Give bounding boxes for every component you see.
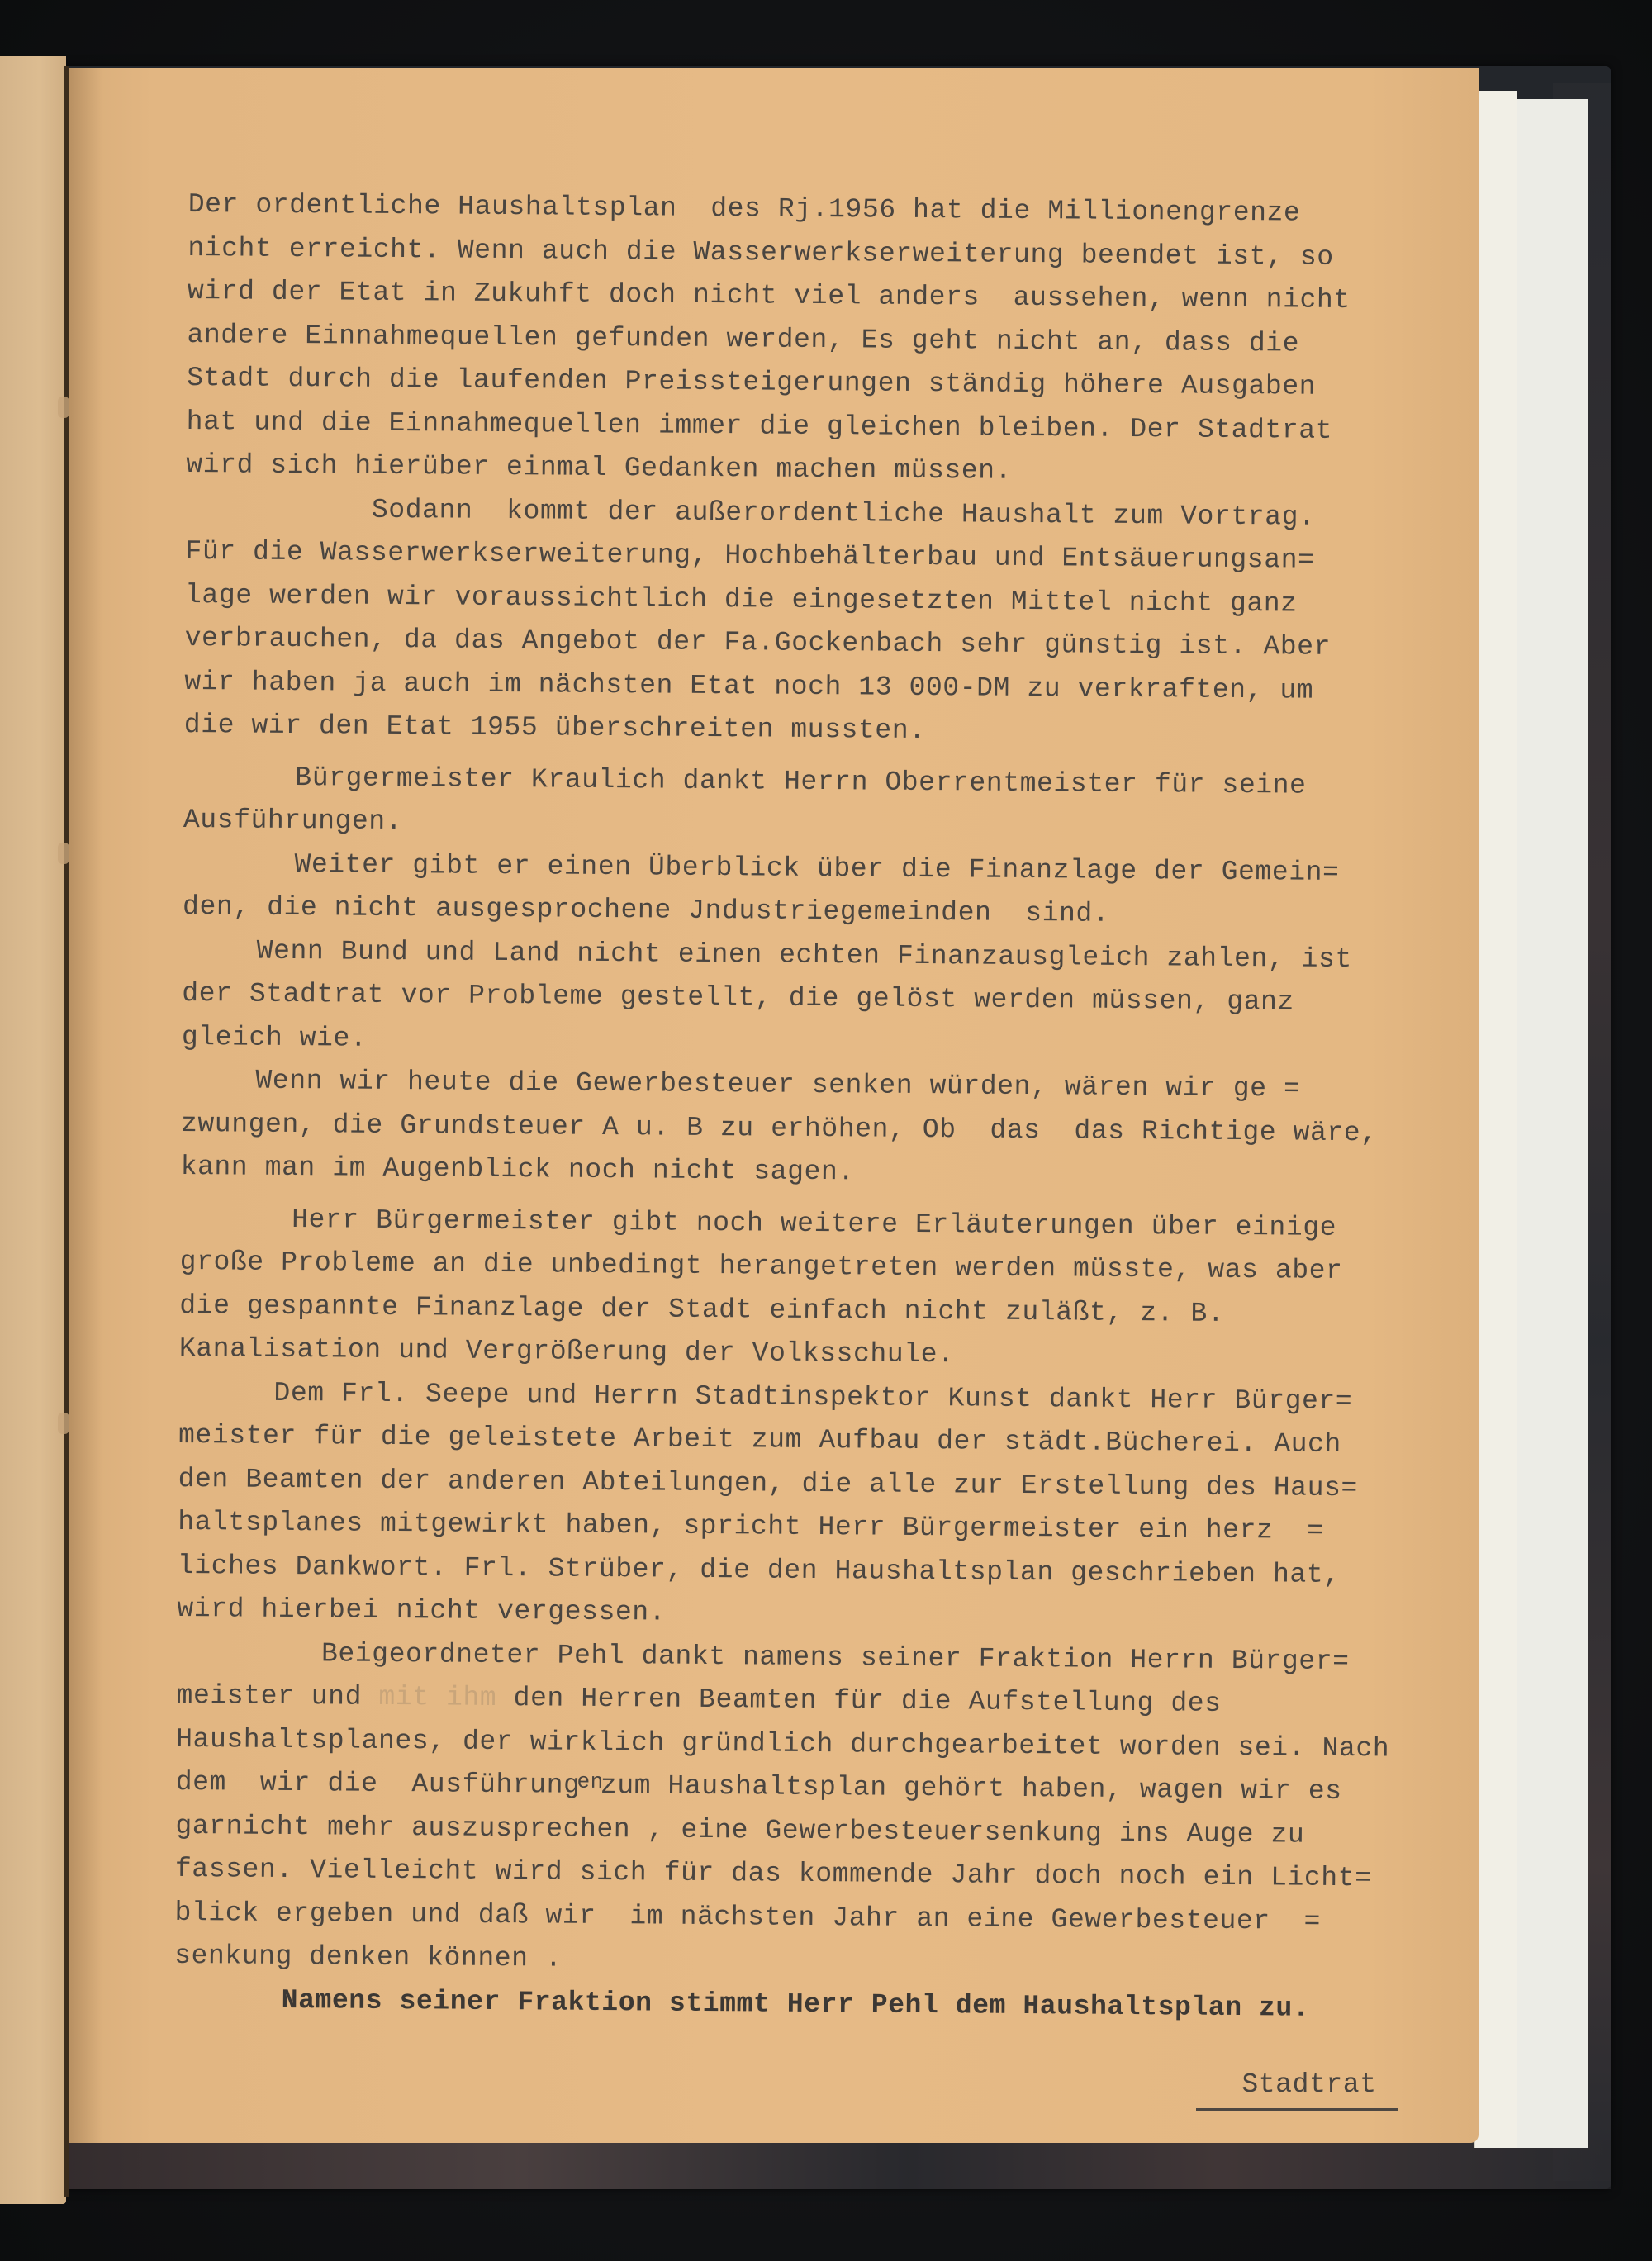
signature-underline	[1196, 2108, 1398, 2111]
signature-label: Stadtrat	[1214, 2069, 1404, 2100]
text-fragment: den Herren Beamten für die Aufstellung d…	[496, 1683, 1222, 1719]
binding-hole	[58, 397, 69, 418]
erased-text: mit ihm	[378, 1682, 496, 1713]
text-fragment: meister und	[176, 1680, 378, 1712]
typewritten-body: Der ordentliche Haushaltsplan des Rj.195…	[174, 183, 1493, 2031]
binder-cover-bottom-edge	[50, 2140, 1611, 2189]
text-fragment: dem wir die Ausführung	[176, 1767, 581, 1801]
superscript-insertion: en	[577, 1769, 604, 1794]
binding-hole	[58, 843, 69, 864]
gutter-shadow	[69, 68, 102, 2143]
text-fragment: zum Haushaltsplan gehört haben, wagen wi…	[601, 1770, 1342, 1807]
binding-hole	[58, 1413, 69, 1434]
left-facing-page	[0, 56, 66, 2204]
